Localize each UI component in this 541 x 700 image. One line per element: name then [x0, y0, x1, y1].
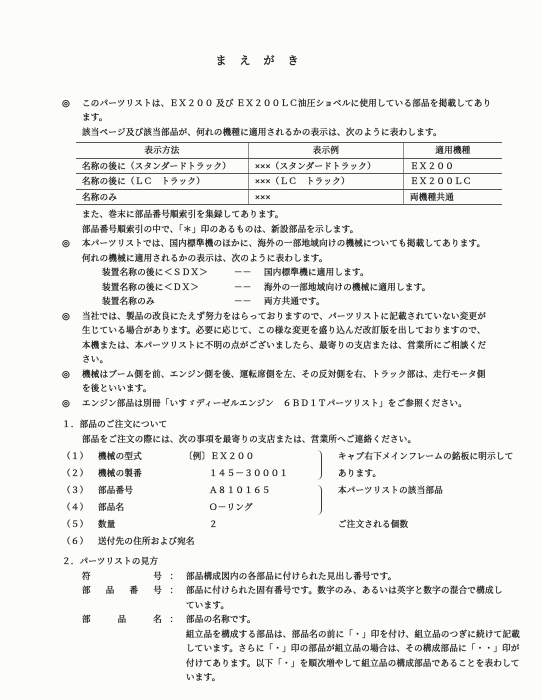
- ordering-items: （１） 機械の型式 〔例〕ＥＸ２００ キャブ右下メインフレームの銘板に明示して …: [62, 448, 505, 550]
- display-method-table: 表示方法 表示例 適用機種 名称の後に（スタンダードトラック） ×××（スタンダ…: [76, 142, 502, 205]
- order-item-number: （４）: [62, 499, 98, 516]
- sdx-code: [164, 294, 234, 309]
- term-row: 符号 ： 部品構成図内の各部品に付けられた見出し番号です。: [82, 569, 505, 584]
- index-footnote: また、巻末に部品番号順索引を集録してあります。: [82, 207, 505, 222]
- notice-overseas-intro: 何れの機械に適用されるかの表示は、次のように表わします。: [82, 251, 492, 266]
- order-item-value: ２: [184, 516, 316, 533]
- table-cell: 名称の後に（スタンダードトラック）: [76, 158, 249, 174]
- order-item: （２） 機械の製番 １４５－３０００１ あります。: [62, 465, 505, 482]
- brace-nameplate: [316, 450, 322, 480]
- notice-revision: ◎ 当社では、製品の改良にたえず努力をはらっておりますので、パーツリストに記載さ…: [62, 309, 505, 367]
- bullet-icon: ◎: [62, 367, 82, 396]
- notice-parts-list-text: このパーツリストは、ＥＸ２００ 及び ＥＸ２００ＬＣ油圧ショベルに使用している部…: [82, 96, 492, 125]
- sdx-row: 装置名称の後に ＜ＤＸ＞ －－ 海外の一部地域向けの機械に適用します。: [102, 280, 492, 295]
- notice-overseas-text: 本パーツリストでは、国内標準機のほかに、海外の一部地域向けの機械についても掲載し…: [82, 236, 492, 251]
- sdx-dash: －－: [234, 280, 264, 295]
- sdx-code: ＜ＳＤＸ＞: [164, 265, 234, 280]
- order-item-note: 本パーツリストの該当部品: [316, 482, 443, 499]
- order-item-value: [184, 533, 316, 550]
- order-item-note: キャブ右下メインフレームの銘板に明示して: [316, 448, 514, 465]
- order-item-number: （２）: [62, 465, 98, 482]
- sdx-label: 装置名称の後に: [102, 265, 164, 280]
- term-colon: ：: [162, 569, 186, 584]
- table-header-cell: 適用機種: [404, 143, 503, 159]
- ordering-section-heading: １．部品のご注文について: [62, 417, 505, 432]
- order-item-note: [316, 533, 338, 550]
- table-row: 名称の後に（ＬＣ トラック） ×××（ＬＣ トラック） ＥＸ２００ＬＣ: [76, 174, 502, 190]
- order-item: （３） 部品番号 Ａ８１０１６５ 本パーツリストの該当部品: [62, 482, 505, 499]
- sdx-row: 装置名称の後に ＜ＳＤＸ＞ －－ 国内標準機に適用します。: [102, 265, 492, 280]
- order-item-number: （３）: [62, 482, 98, 499]
- sdx-dash: －－: [234, 265, 264, 280]
- preface-document-page: まえがき ◎ このパーツリストは、ＥＸ２００ 及び ＥＸ２００ＬＣ油圧ショベルに…: [0, 0, 541, 700]
- notice-display-intro: 該当ページ及び該当部品が、何れの機種に適用されるかの表示は、次のように表わします…: [82, 125, 492, 140]
- term-row: 部品番号 ： 部品に付けられた固有番号です。数字のみ、あるいは英字と数字の混合で…: [82, 583, 505, 612]
- order-item: （４） 部品名 Ｏ－リング: [62, 499, 505, 516]
- term-label: 部品番号: [82, 583, 162, 612]
- table-cell: 名称のみ: [76, 189, 249, 205]
- table-cell: ×××: [249, 189, 404, 205]
- table-cell: ＥＸ２００ＬＣ: [404, 174, 503, 190]
- notice-revision-text: 当社では、製品の改良にたえず努力をはらっておりますので、パーツリストに記載されて…: [82, 309, 492, 367]
- table-header-cell: 表示方法: [76, 143, 249, 159]
- table-cell: ＥＸ２００: [404, 158, 503, 174]
- order-item-value: 〔例〕ＥＸ２００: [184, 448, 316, 465]
- order-item-label: 数量: [98, 516, 184, 533]
- sdx-label: 装置名称のみ: [102, 294, 164, 309]
- table-header-row: 表示方法 表示例 適用機種: [76, 143, 502, 159]
- ordering-intro: 部品をご注文の際には、次の事項を最寄りの支店または、営業所へご連絡ください。: [82, 432, 505, 447]
- order-item-number: （６）: [62, 533, 98, 550]
- table-row: 名称のみ ××× 両機種共通: [76, 189, 502, 205]
- order-item-number: （１）: [62, 448, 98, 465]
- term-label: 部品名: [82, 612, 162, 627]
- order-item-value: Ａ８１０１６５: [184, 482, 316, 499]
- term-colon: ：: [162, 583, 186, 612]
- term-label: 符号: [82, 569, 162, 584]
- order-item-label: 機械の型式: [98, 448, 184, 465]
- table-cell: 両機種共通: [404, 189, 503, 205]
- term-desc: 部品構成図内の各部品に付けられた見出し番号です。: [186, 569, 505, 584]
- order-item-value: １４５－３０００１: [184, 465, 316, 482]
- sdx-code: ＜ＤＸ＞: [164, 280, 234, 295]
- notice-parts-list: ◎ このパーツリストは、ＥＸ２００ 及び ＥＸ２００ＬＣ油圧ショベルに使用してい…: [62, 96, 505, 140]
- bullet-icon: ◎: [62, 309, 82, 367]
- table-cell: ×××（スタンダードトラック）: [249, 158, 404, 174]
- order-item-number: （５）: [62, 516, 98, 533]
- term-desc: 部品の名称です。: [186, 612, 505, 627]
- notice-direction-text: 機械はブーム側を前、エンジン側を後、運転席側を左、その反対側を右、トラック部は、…: [82, 367, 492, 396]
- bullet-icon: ◎: [62, 96, 82, 140]
- order-item-note: ご注文される個数: [316, 516, 408, 533]
- notice-engine: ◎ エンジン部品は別冊「いすゞディーゼルエンジン ６ＢＤ１Ｔパーツリスト」をご参…: [62, 396, 505, 411]
- term-row: 部品名 ： 部品の名称です。: [82, 612, 505, 627]
- brace-partslist: [316, 485, 322, 515]
- table-cell: 名称の後に（ＬＣ トラック）: [76, 174, 249, 190]
- order-item-value: Ｏ－リング: [184, 499, 316, 516]
- sdx-label: 装置名称の後に: [102, 280, 164, 295]
- sdx-dash: －－: [234, 294, 264, 309]
- term-desc: 部品に付けられた固有番号です。数字のみ、あるいは英字と数字の混合で構成しています…: [186, 583, 505, 612]
- term-colon: ：: [162, 612, 186, 627]
- sdx-row: 装置名称のみ －－ 両方共通です。: [102, 294, 492, 309]
- sdx-desc: 国内標準機に適用します。: [264, 265, 369, 280]
- notice-engine-text: エンジン部品は別冊「いすゞディーゼルエンジン ６ＢＤ１Ｔパーツリスト」をご参照く…: [82, 396, 492, 411]
- order-item-label: 送付先の住所および宛名: [98, 533, 184, 550]
- order-item-note: あります。: [316, 465, 381, 482]
- table-header-cell: 表示例: [249, 143, 404, 159]
- sdx-desc: 海外の一部地域向けの機械に適用します。: [264, 280, 431, 295]
- order-item-label: 機械の製番: [98, 465, 184, 482]
- notice-overseas: ◎ 本パーツリストでは、国内標準機のほかに、海外の一部地域向けの機械についても掲…: [62, 236, 505, 309]
- new-part-footnote: 部品番号順索引の中で、「＊」印のあるものは、新設部品を示します。: [82, 222, 505, 237]
- order-item: （６） 送付先の住所および宛名: [62, 533, 505, 550]
- table-row: 名称の後に（スタンダードトラック） ×××（スタンダードトラック） ＥＸ２００: [76, 158, 502, 174]
- order-item: （１） 機械の型式 〔例〕ＥＸ２００ キャブ右下メインフレームの銘板に明示して: [62, 448, 505, 465]
- sdx-desc: 両方共通です。: [264, 294, 325, 309]
- notice-direction: ◎ 機械はブーム側を前、エンジン側を後、運転席側を左、その反対側を右、トラック部…: [62, 367, 505, 396]
- assembly-note: 組立品を構成する部品は、部品名の前に「・」印を付け、組立品のつぎに続けて記載して…: [186, 627, 522, 685]
- bullet-icon: ◎: [62, 236, 82, 309]
- table-cell: ×××（ＬＣ トラック）: [249, 174, 404, 190]
- order-item-label: 部品名: [98, 499, 184, 516]
- order-item: （５） 数量 ２ ご注文される個数: [62, 516, 505, 533]
- order-item-label: 部品番号: [98, 482, 184, 499]
- page-title: まえがき: [62, 54, 465, 69]
- bullet-icon: ◎: [62, 396, 82, 411]
- reading-section-heading: ２．パーツリストの見方: [62, 554, 505, 569]
